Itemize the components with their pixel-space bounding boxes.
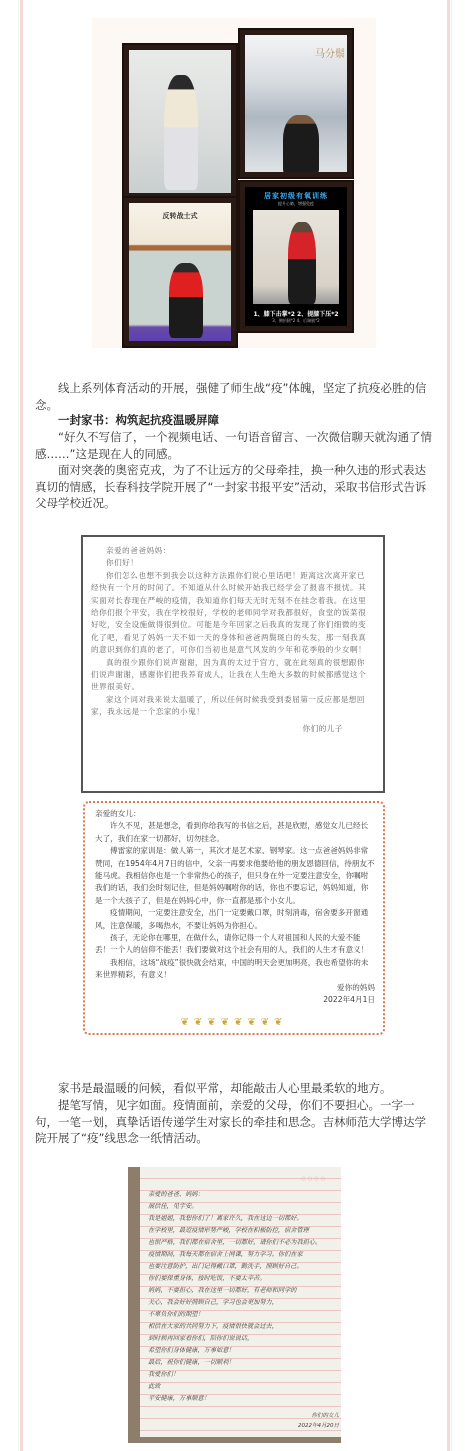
paragraph-quote: “好久不写信了，一个视频电话、一句语音留言、一次微信聊天就沟通了情感……”这是现…	[35, 429, 435, 462]
letter-paragraph: 傅雷家的家训是：做人第一，其次才是艺术家、钢琴家。这一点爸爸妈妈非常赞同，在19…	[95, 845, 375, 907]
paragraph-activity: 面对突袭的奥密克戎，为了不让远方的父母牵挂，换一种久违的形式表达真切的情感，长春…	[35, 462, 435, 512]
hand-signature-date: 2022年4月20日	[298, 1421, 339, 1431]
paragraph-family-letter: 家书是最温暖的问候，看似平常，却能敲击人心里最柔软的地方。	[35, 1080, 435, 1097]
hand-line: 相信在大家的共同努力下，疫情很快就会过去，	[148, 1321, 337, 1333]
hand-line: 平安健康，万事顺意！	[148, 1393, 337, 1405]
hand-line: 疫情期间，我每天都在宿舍上网课，努力学习。你们在家	[148, 1249, 337, 1261]
handwritten-signature: 你们的女儿 2022年4月20日	[298, 1411, 339, 1431]
hand-line: 不辜负你们的期望！	[148, 1309, 337, 1321]
hand-line: 你们要保重身体，按时吃饭，不要太辛苦。	[148, 1273, 337, 1285]
letter-paragraph: 你们怎么也想不到我会以这种方法跟你们说心里话吧！距离这次离开家已经快有一个月的时…	[91, 570, 373, 657]
letter-paragraph: 我相信，这场“战疫”很快就会结束，中国的明天会更加明亮，我也希望你的未来世界精彩…	[95, 957, 375, 982]
letter-paragraph: 疫情期间，一定要注意安全，出门一定要戴口罩，时刻消毒，宿舍要多开窗通风，注意保暖…	[95, 907, 375, 932]
person-figure	[283, 115, 319, 172]
paragraph-text: “好久不写信了，一个视频电话、一句语音留言、一次微信聊天就沟通了情感……”这是现…	[35, 430, 432, 461]
hand-line: 到时候再回家看你们，陪你们说说话，	[148, 1333, 337, 1345]
letter-signature: 爱你的妈妈	[95, 982, 375, 994]
letter-paragraph: 真的很少跟你们说声谢谢，因为真的太过于官方，就在此刻真的很想跟你们说声谢谢，感谢…	[91, 657, 373, 694]
letter-signature: 你们的儿子	[91, 723, 373, 735]
hand-line: 希望你们身体健康，万事如意！	[148, 1345, 337, 1357]
letter-salutation: 亲爱的女儿：	[95, 808, 375, 820]
collage-panel-taichi-student	[122, 43, 238, 200]
outer-edge-right	[451, 0, 452, 1451]
handwritten-text: 亲爱的爸爸、妈妈： 展信佳，见字安。 我是姐姐，我想你们了！离家许久，我在这边一…	[148, 1189, 337, 1405]
panel-photo	[253, 210, 339, 304]
collage-panel-taichi-instructor: 马分鬃	[238, 28, 354, 179]
panel-title: 居家初级有氧训练	[245, 191, 347, 201]
paragraph-text: 提笔写情，见字如面。疫情面前，亲爱的父母，你们不要担心。一字一句，一笔一划，真挚…	[35, 1098, 426, 1145]
hand-line: 也很严格，我们都在宿舍里，一切都好，请你们不必为我担心。	[148, 1237, 337, 1249]
paragraph-text: 面对突袭的奥密克戎，为了不让远方的父母牵挂，换一种久违的形式表达真切的情感，长春…	[35, 463, 426, 510]
letter-salutation: 亲爱的爸爸妈妈：	[91, 545, 373, 557]
letter-from-mother: 亲爱的女儿： 许久不见，甚是想念，看到你给我写的书信之后，甚是欣慰，感觉女儿已经…	[83, 801, 385, 1035]
letter-paragraph: 许久不见，甚是想念，看到你给我写的书信之后，甚是欣慰，感觉女儿已经长大了，我们在…	[95, 820, 375, 845]
letter-date: 2022年4月1日	[95, 994, 375, 1006]
person-figure	[288, 222, 316, 304]
paragraph-text: 线上系列体育活动的开展，强健了师生战“疫”体魄，坚定了抗疫必胜的信念。	[35, 381, 426, 412]
person-figure	[169, 263, 203, 338]
paragraph-text: 家书是最温暖的问候，看似平常，却能敲击人心里最柔软的地方。	[58, 1081, 392, 1095]
heading-text: 一封家书：构筑起抗疫温暖屏障	[58, 413, 219, 427]
letter-paper: ○○○○ 亲爱的爸爸、妈妈： 展信佳，见字安。 我是姐姐，我想你们了！离家许久，…	[140, 1167, 341, 1437]
hand-line: 在学校里，最近疫情形势严峻，学校在积极防控，宿舍管理	[148, 1225, 337, 1237]
hand-signature-name: 你们的女儿	[298, 1411, 339, 1421]
panel-steps-2: 3、侧抬腿*2 4、后踢腿*2	[245, 318, 347, 324]
hand-line: 关心，我会好好照顾自己，学习也会更加努力，	[148, 1297, 337, 1309]
collage-panel-yoga: 反转战士式	[122, 196, 238, 348]
letter-paragraph: 家这个词对我来说太温暖了，所以任何时候我受到委屈第一反应都是想回家，我永远是一个…	[91, 694, 373, 719]
hand-line: 最后，祝你们健康，一切顺利！	[148, 1357, 337, 1369]
paragraph-sports: 线上系列体育活动的开展，强健了师生战“疫”体魄，坚定了抗疫必胜的信念。	[35, 380, 435, 413]
hand-line: 我是姐姐，我想你们了！离家许久，我在这边一切都好。	[148, 1213, 337, 1225]
hand-line: 也要注意防护，出门记得戴口罩，勤洗手，照顾好自己。	[148, 1261, 337, 1273]
hand-line: 展信佳，见字安。	[148, 1201, 337, 1213]
letter-paragraph: 孩子，无论你在哪里，在做什么，请你记得一个人对祖国和人民的大爱不能丢！一个人的信…	[95, 932, 375, 957]
panel-caption: 反转战士式	[129, 211, 231, 221]
leaf-decoration-icon: ❦❦❦❦❦❦❦❦	[85, 1017, 383, 1029]
panel-steps: 1、膝下击掌*2 2、提膝下压*2	[245, 309, 347, 318]
person-figure	[164, 75, 198, 190]
letter-from-son: 亲爱的爸爸妈妈： 你们好！ 你们怎么也想不到我会以这种方法跟你们说心里话吧！距离…	[81, 535, 385, 793]
hand-line: 我爱你们！	[148, 1369, 337, 1381]
hand-line: 亲爱的爸爸、妈妈：	[148, 1189, 337, 1201]
paper-circles-icon: ○○○○	[302, 1176, 327, 1182]
hand-line: 此致	[148, 1381, 337, 1393]
collage-panel-aerobics: 居家初级有氧训练 提升心肺，增强免疫 1、膝下击掌*2 2、提膝下压*2 3、侧…	[238, 180, 354, 333]
outer-edge-left	[18, 0, 19, 1451]
paragraph-boda: 提笔写情，见字如面。疫情面前，亲爱的父母，你们不要担心。一字一句，一笔一划，真挚…	[35, 1097, 435, 1147]
panel-subtitle: 提升心肺，增强免疫	[245, 201, 347, 207]
handwritten-letter-photo: ○○○○ 亲爱的爸爸、妈妈： 展信佳，见字安。 我是姐姐，我想你们了！离家许久，…	[128, 1167, 341, 1443]
section-heading: 一封家书：构筑起抗疫温暖屏障	[35, 412, 435, 429]
letter-greeting: 你们好！	[91, 557, 373, 569]
hand-line: 妈妈，不要担心，我在这里一切都好，有老师和同学的	[148, 1285, 337, 1297]
panel-caption: 马分鬃	[315, 45, 345, 60]
